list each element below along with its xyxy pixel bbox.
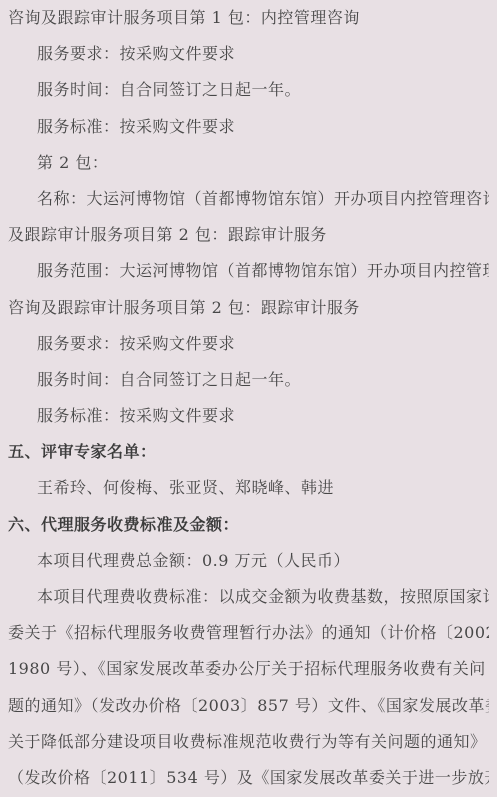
text-line: 关于降低部分建设项目收费标准规范收费行为等有关问题的通知》 <box>8 724 489 760</box>
text-line: 服务范围：大运河博物馆（首都博物馆东馆）开办项目内控管理 <box>8 253 489 289</box>
text-line: 本项目代理费总金额：0.9 万元（人民币） <box>8 543 489 579</box>
text-line: 第 2 包： <box>8 145 489 181</box>
text-line: 服务标准：按采购文件要求 <box>8 109 489 145</box>
text-line: 及跟踪审计服务项目第 2 包：跟踪审计服务 <box>8 217 489 253</box>
text-line: 委关于《招标代理服务收费管理暂行办法》的通知（计价格〔2002〕 <box>8 615 489 651</box>
text-line: 1980 号）、《国家发展改革委办公厅关于招标代理服务收费有关问 <box>8 651 489 687</box>
text-line: （发改价格〔2011〕534 号）及《国家发展改革委关于进一步放开建 <box>8 760 489 796</box>
document-body: 咨询及跟踪审计服务项目第 1 包：内控管理咨询服务要求：按采购文件要求服务时间：… <box>8 0 489 796</box>
section-heading: 六、代理服务收费标准及金额： <box>8 507 489 543</box>
text-line: 王希玲、何俊梅、张亚贤、郑晓峰、韩进 <box>8 470 489 506</box>
text-line: 咨询及跟踪审计服务项目第 2 包：跟踪审计服务 <box>8 290 489 326</box>
text-line: 服务要求：按采购文件要求 <box>8 326 489 362</box>
text-line: 咨询及跟踪审计服务项目第 1 包：内控管理咨询 <box>8 0 489 36</box>
text-line: 服务标准：按采购文件要求 <box>8 398 489 434</box>
text-line: 题的通知》（发改办价格〔2003〕857 号）文件、《国家发展改革委 <box>8 688 489 724</box>
text-line: 服务时间：自合同签订之日起一年。 <box>8 362 489 398</box>
text-line: 本项目代理费收费标准：以成交金额为收费基数，按照原国家计 <box>8 579 489 615</box>
text-line: 服务时间：自合同签订之日起一年。 <box>8 72 489 108</box>
document-page: 咨询及跟踪审计服务项目第 1 包：内控管理咨询服务要求：按采购文件要求服务时间：… <box>0 0 497 797</box>
text-line: 名称：大运河博物馆（首都博物馆东馆）开办项目内控管理咨询 <box>8 181 489 217</box>
section-heading: 五、评审专家名单： <box>8 434 489 470</box>
text-line: 服务要求：按采购文件要求 <box>8 36 489 72</box>
